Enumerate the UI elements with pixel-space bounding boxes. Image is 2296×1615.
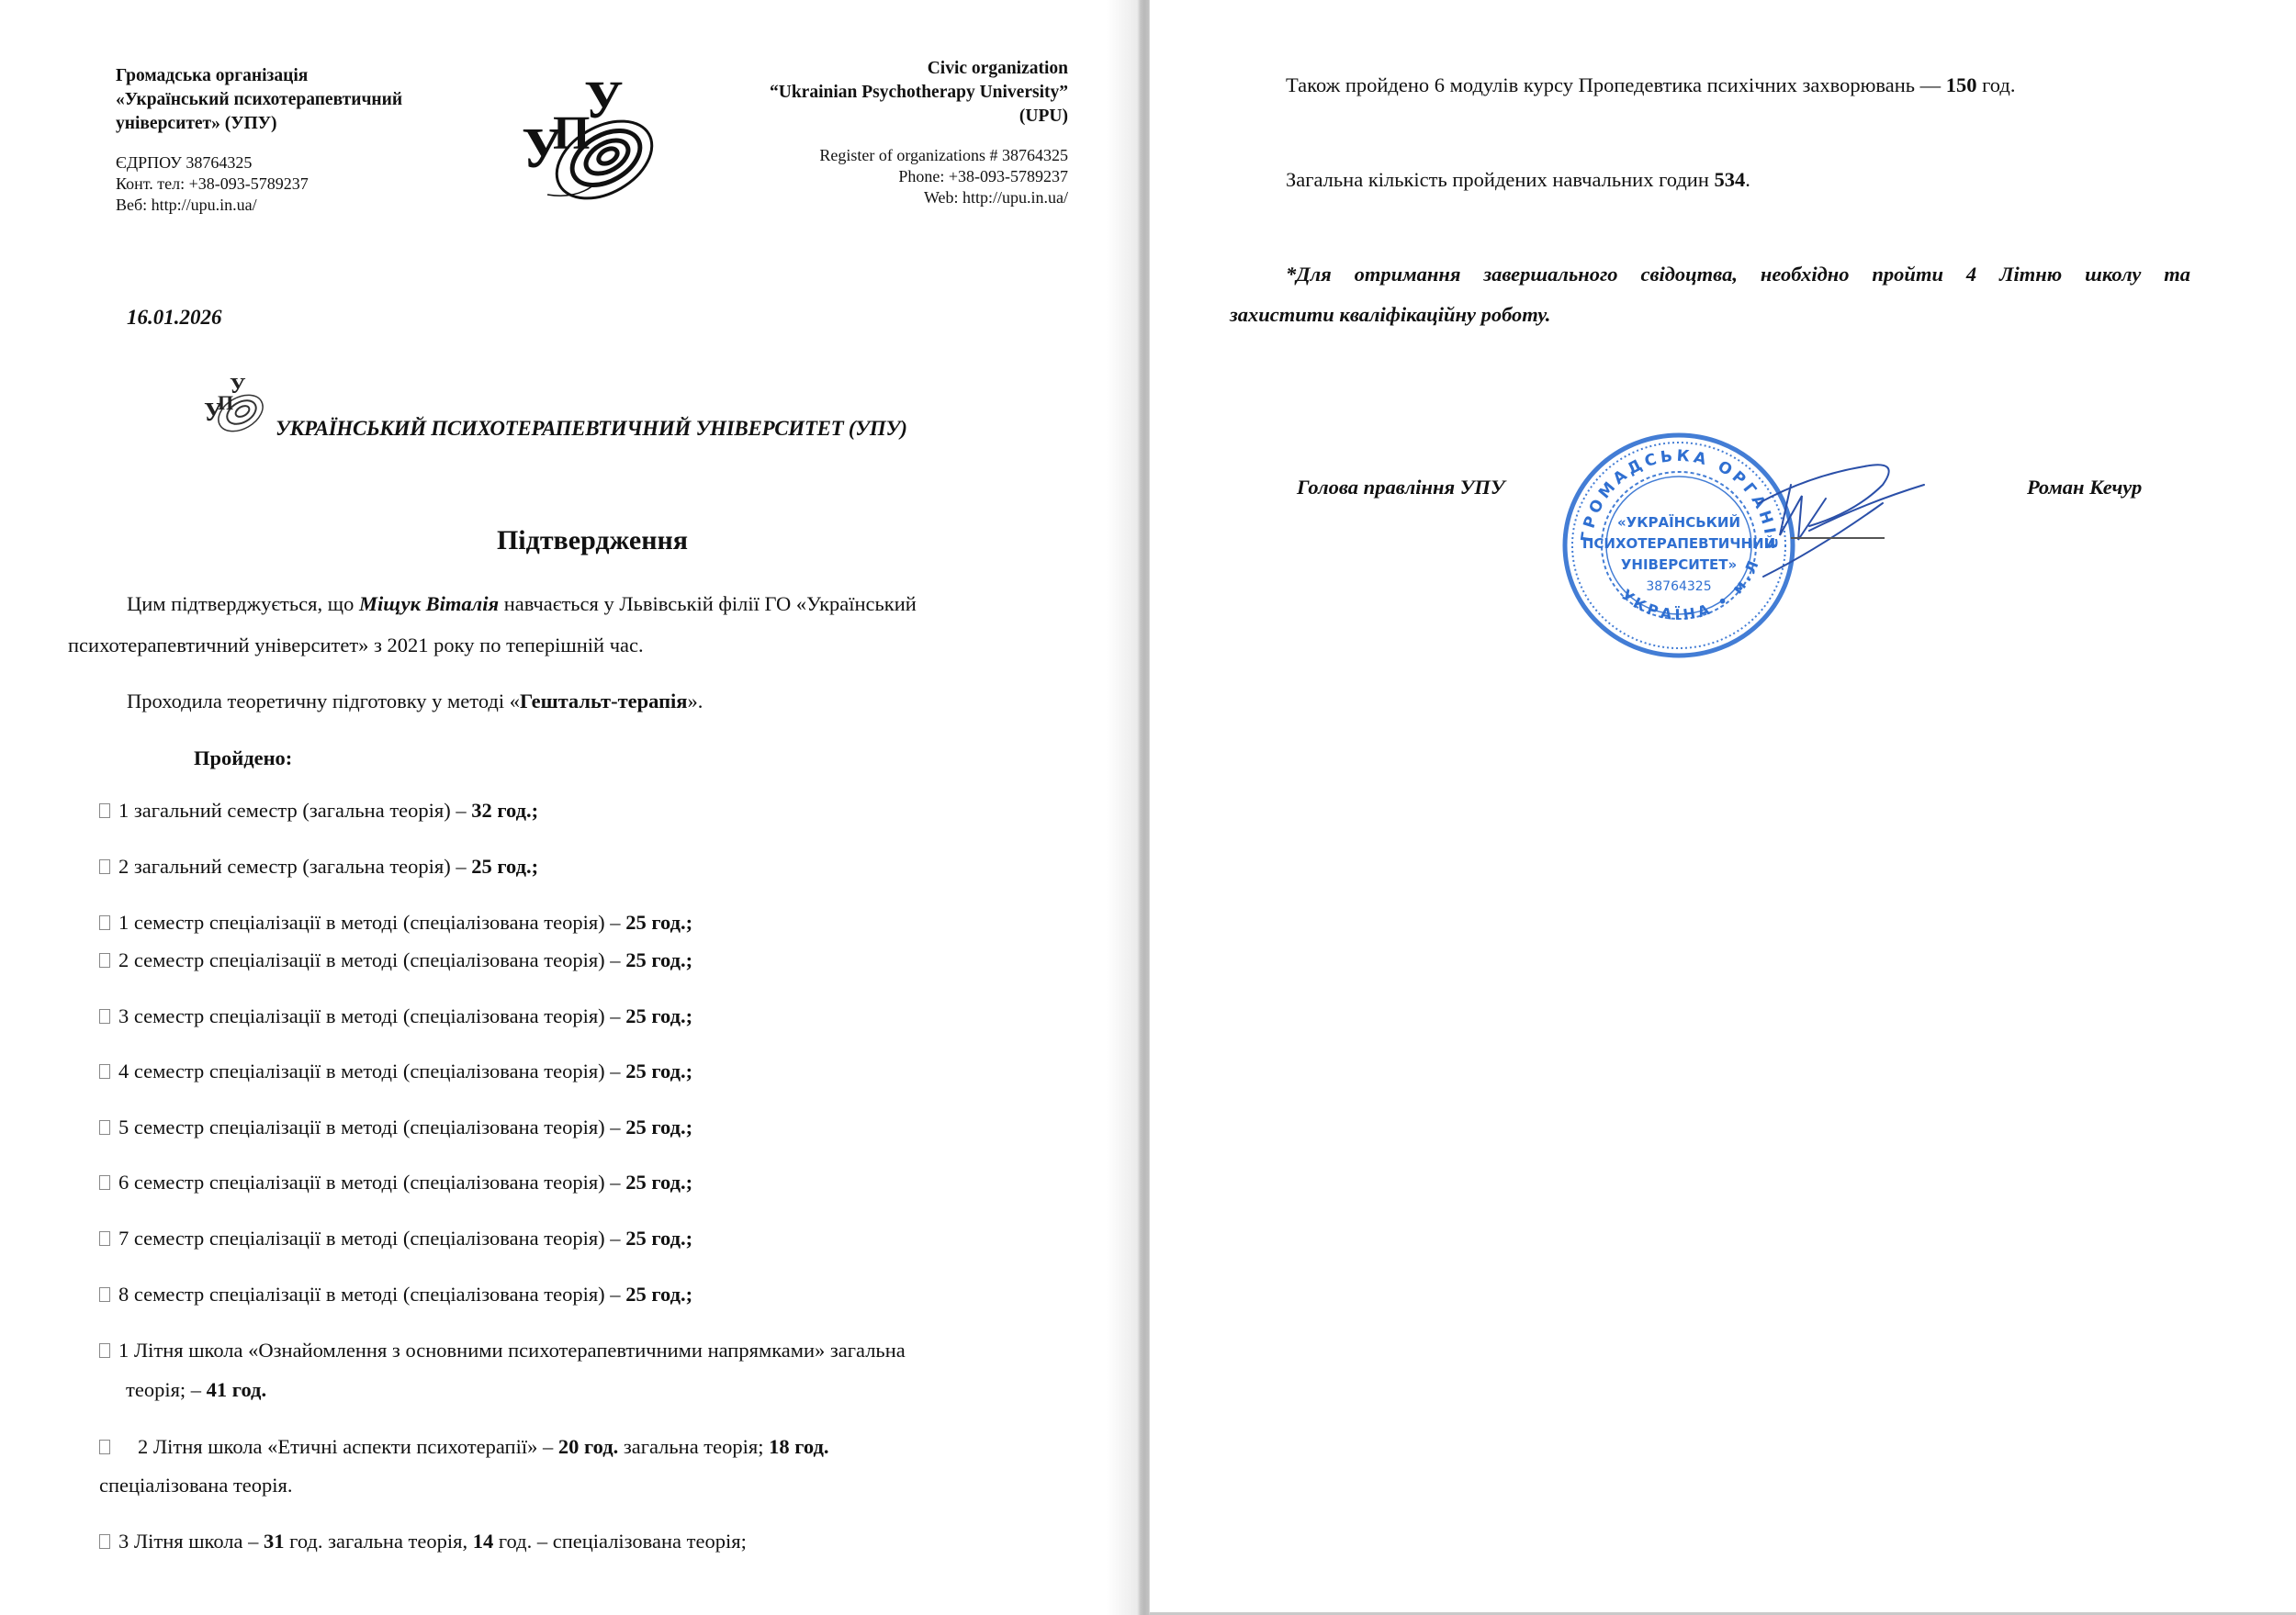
summer-school-3-special-hours: 14 bbox=[473, 1530, 494, 1553]
org-phone: Phone: +38-093-5789237 bbox=[680, 166, 1068, 187]
header-org-en: Civic organization “Ukrainian Psychother… bbox=[680, 57, 1068, 208]
total-hours: 534 bbox=[1715, 168, 1746, 191]
org-name-line: “Ukrainian Psychotherapy University” bbox=[680, 81, 1068, 105]
modules-paragraph: Також пройдено 6 модулів курсу Пропедевт… bbox=[1286, 73, 2015, 97]
course-hours: 25 год.; bbox=[625, 911, 692, 934]
summer-school-2-general-hours: 20 год. bbox=[558, 1435, 618, 1458]
course-description: 1 загальний семестр (загальна теорія) – bbox=[118, 799, 471, 822]
org-website: Web: http://upu.in.ua/ bbox=[680, 187, 1068, 208]
summer-school-1-hours: 41 год. bbox=[207, 1378, 266, 1401]
intro-paragraph: Цим підтверджується, що Міщук Віталія на… bbox=[127, 592, 1045, 616]
list-item: 1 загальний семестр (загальна теорія) – … bbox=[99, 799, 538, 823]
upu-spiral-logo-small-icon: У П У bbox=[202, 375, 271, 439]
page-divider bbox=[1137, 0, 1149, 1615]
list-item: 2 семестр спеціалізації в методі (спеціа… bbox=[99, 948, 692, 972]
bullet-box-icon bbox=[99, 1231, 110, 1246]
header-org-ua: Громадська організація «Український псих… bbox=[116, 64, 402, 216]
document-date: 16.01.2026 bbox=[127, 306, 222, 330]
summer-school-2-special-hours: 18 год. bbox=[769, 1435, 828, 1458]
total-hours-paragraph: Загальна кількість пройдених навчальних … bbox=[1286, 168, 1750, 192]
intro-suffix: навчається у Львівській філії ГО «Україн… bbox=[499, 592, 917, 615]
list-item: 3 семестр спеціалізації в методі (спеціа… bbox=[99, 1004, 692, 1028]
document-title: Підтвердження bbox=[0, 525, 1185, 556]
signatory-name: Роман Кечур bbox=[2027, 476, 2142, 499]
bullet-box-icon bbox=[99, 1175, 110, 1190]
org-name-line: Громадська організація bbox=[116, 64, 402, 88]
bullet-box-icon bbox=[99, 915, 110, 930]
signature-icon bbox=[1754, 448, 1929, 595]
method-name: Гештальт-терапія bbox=[520, 690, 687, 712]
org-registry: ЄДРПОУ 38764325 bbox=[116, 152, 402, 174]
org-name-line: університет» (УПУ) bbox=[116, 112, 402, 136]
bullet-box-icon bbox=[99, 803, 110, 818]
list-item-summer-school-1: 1 Літня школа «Ознайомлення з основними … bbox=[99, 1339, 906, 1363]
bullet-box-icon bbox=[99, 1120, 110, 1135]
org-registry: Register of organizations # 38764325 bbox=[680, 145, 1068, 166]
org-phone: Конт. тел: +38-093-5789237 bbox=[116, 174, 402, 195]
course-description: 8 семестр спеціалізації в методі (спеціа… bbox=[118, 1283, 625, 1306]
org-name-line: «Український психотерапевтичний bbox=[116, 88, 402, 112]
bullet-box-icon bbox=[99, 1064, 110, 1079]
course-hours: 25 год.; bbox=[625, 1004, 692, 1027]
list-item: 7 семестр спеціалізації в методі (спеціа… bbox=[99, 1227, 692, 1251]
document-page-2 bbox=[1149, 0, 2296, 1615]
method-suffix: ». bbox=[687, 690, 703, 712]
passed-label: Пройдено: bbox=[194, 746, 292, 770]
course-hours: 25 год.; bbox=[625, 948, 692, 971]
bullet-box-icon bbox=[99, 1343, 110, 1358]
intro-paragraph-line2: психотерапевтичний університет» з 2021 р… bbox=[68, 634, 644, 657]
total-prefix: Загальна кількість пройдених навчальних … bbox=[1286, 168, 1715, 191]
svg-text:ГРОМАДСЬКА ОРГАНІЗАЦІЯ: ГРОМАДСЬКА ОРГАНІЗАЦІЯ bbox=[1555, 424, 1780, 553]
org-website: Веб: http://upu.in.ua/ bbox=[116, 195, 402, 216]
list-item: 8 семестр спеціалізації в методі (спеціа… bbox=[99, 1283, 692, 1307]
modules-suffix: год. bbox=[1977, 73, 2016, 96]
svg-text:У: У bbox=[230, 375, 246, 398]
course-description: 3 семестр спеціалізації в методі (спеціа… bbox=[118, 1004, 625, 1027]
course-hours: 25 год.; bbox=[625, 1283, 692, 1306]
course-hours: 25 год.; bbox=[471, 855, 538, 878]
course-description: 4 семестр спеціалізації в методі (спеціа… bbox=[118, 1060, 625, 1082]
summer-school-3-suffix: год. – спеціалізована теорія; bbox=[493, 1530, 747, 1553]
list-item-summer-school-2: 2 Літня школа «Етичні аспекти психотерап… bbox=[99, 1435, 829, 1459]
bullet-box-icon bbox=[99, 1287, 110, 1302]
bullet-box-icon bbox=[99, 953, 110, 968]
summer-school-1-line1: 1 Літня школа «Ознайомлення з основними … bbox=[118, 1339, 906, 1362]
course-hours: 25 год.; bbox=[625, 1060, 692, 1082]
course-hours: 25 год.; bbox=[625, 1227, 692, 1250]
list-item: 4 семестр спеціалізації в методі (спеціа… bbox=[99, 1060, 692, 1083]
svg-text:У: У bbox=[584, 75, 624, 129]
list-item: 2 загальний семестр (загальна теорія) – … bbox=[99, 855, 538, 879]
summer-school-2-prefix: 2 Літня школа «Етичні аспекти психотерап… bbox=[138, 1435, 558, 1458]
total-suffix: . bbox=[1745, 168, 1750, 191]
stamp-line: «УКРАЇНСЬКИЙ bbox=[1617, 513, 1740, 531]
summer-school-2-mid: загальна теорія; bbox=[618, 1435, 769, 1458]
summer-school-3-prefix: 3 Літня школа – bbox=[118, 1530, 264, 1553]
org-name-line: (UPU) bbox=[680, 105, 1068, 129]
bullet-box-icon bbox=[99, 1440, 110, 1454]
university-heading: УКРАЇНСЬКИЙ ПСИХОТЕРАПЕВТИЧНИЙ УНІВЕРСИТ… bbox=[276, 417, 907, 441]
stamp-line: 38764325 bbox=[1646, 579, 1711, 594]
bullet-box-icon bbox=[99, 1534, 110, 1549]
upu-spiral-logo-icon: У П У bbox=[520, 75, 667, 204]
modules-hours: 150 bbox=[1946, 73, 1977, 96]
stamp-line: ПСИХОТЕРАПЕВТИЧНИЙ bbox=[1582, 534, 1775, 552]
summer-school-3-general-hours: 31 bbox=[264, 1530, 285, 1553]
page-shadow bbox=[1107, 0, 1137, 1615]
summer-school-2-line2: спеціалізована теорія. bbox=[99, 1474, 293, 1497]
list-item: 5 семестр спеціалізації в методі (спеціа… bbox=[99, 1116, 692, 1139]
list-item-summer-school-3: 3 Літня школа – 31 год. загальна теорія,… bbox=[99, 1530, 747, 1553]
org-name-line: Civic organization bbox=[680, 57, 1068, 81]
course-description: 7 семестр спеціалізації в методі (спеціа… bbox=[118, 1227, 625, 1250]
course-description: 5 семестр спеціалізації в методі (спеціа… bbox=[118, 1116, 625, 1138]
course-description: 1 семестр спеціалізації в методі (спеціа… bbox=[118, 911, 625, 934]
method-paragraph: Проходила теоретичну підготовку у методі… bbox=[127, 690, 703, 713]
list-item: 6 семестр спеціалізації в методі (спеціа… bbox=[99, 1171, 692, 1194]
bullet-box-icon bbox=[99, 859, 110, 874]
completion-note-line1: *Для отримання завершального свідоцтва, … bbox=[1286, 263, 2190, 286]
course-hours: 25 год.; bbox=[625, 1171, 692, 1194]
stamp-line: УНІВЕРСИТЕТ» bbox=[1621, 556, 1737, 573]
summer-school-3-mid: год. загальна теорія, bbox=[285, 1530, 473, 1553]
course-hours: 25 год.; bbox=[625, 1116, 692, 1138]
method-prefix: Проходила теоретичну підготовку у методі… bbox=[127, 690, 520, 712]
signatory-role: Голова правління УПУ bbox=[1297, 476, 1505, 499]
bullet-box-icon bbox=[99, 1009, 110, 1024]
intro-prefix: Цим підтверджується, що bbox=[127, 592, 359, 615]
summer-school-1-prefix: теорія; – bbox=[126, 1378, 207, 1401]
list-item: 1 семестр спеціалізації в методі (спеціа… bbox=[99, 911, 692, 935]
student-name: Міщук Віталія bbox=[359, 592, 499, 615]
course-description: 2 семестр спеціалізації в методі (спеціа… bbox=[118, 948, 625, 971]
document-page-1: Громадська організація «Український псих… bbox=[0, 0, 1137, 1615]
course-hours: 32 год.; bbox=[471, 799, 538, 822]
completion-note-line2: захистити кваліфікаційну роботу. bbox=[1230, 303, 1550, 327]
course-description: 2 загальний семестр (загальна теорія) – bbox=[118, 855, 471, 878]
course-description: 6 семестр спеціалізації в методі (спеціа… bbox=[118, 1171, 625, 1194]
summer-school-1-line2: теорія; – 41 год. bbox=[126, 1378, 266, 1402]
modules-prefix: Також пройдено 6 модулів курсу Пропедевт… bbox=[1286, 73, 1946, 96]
